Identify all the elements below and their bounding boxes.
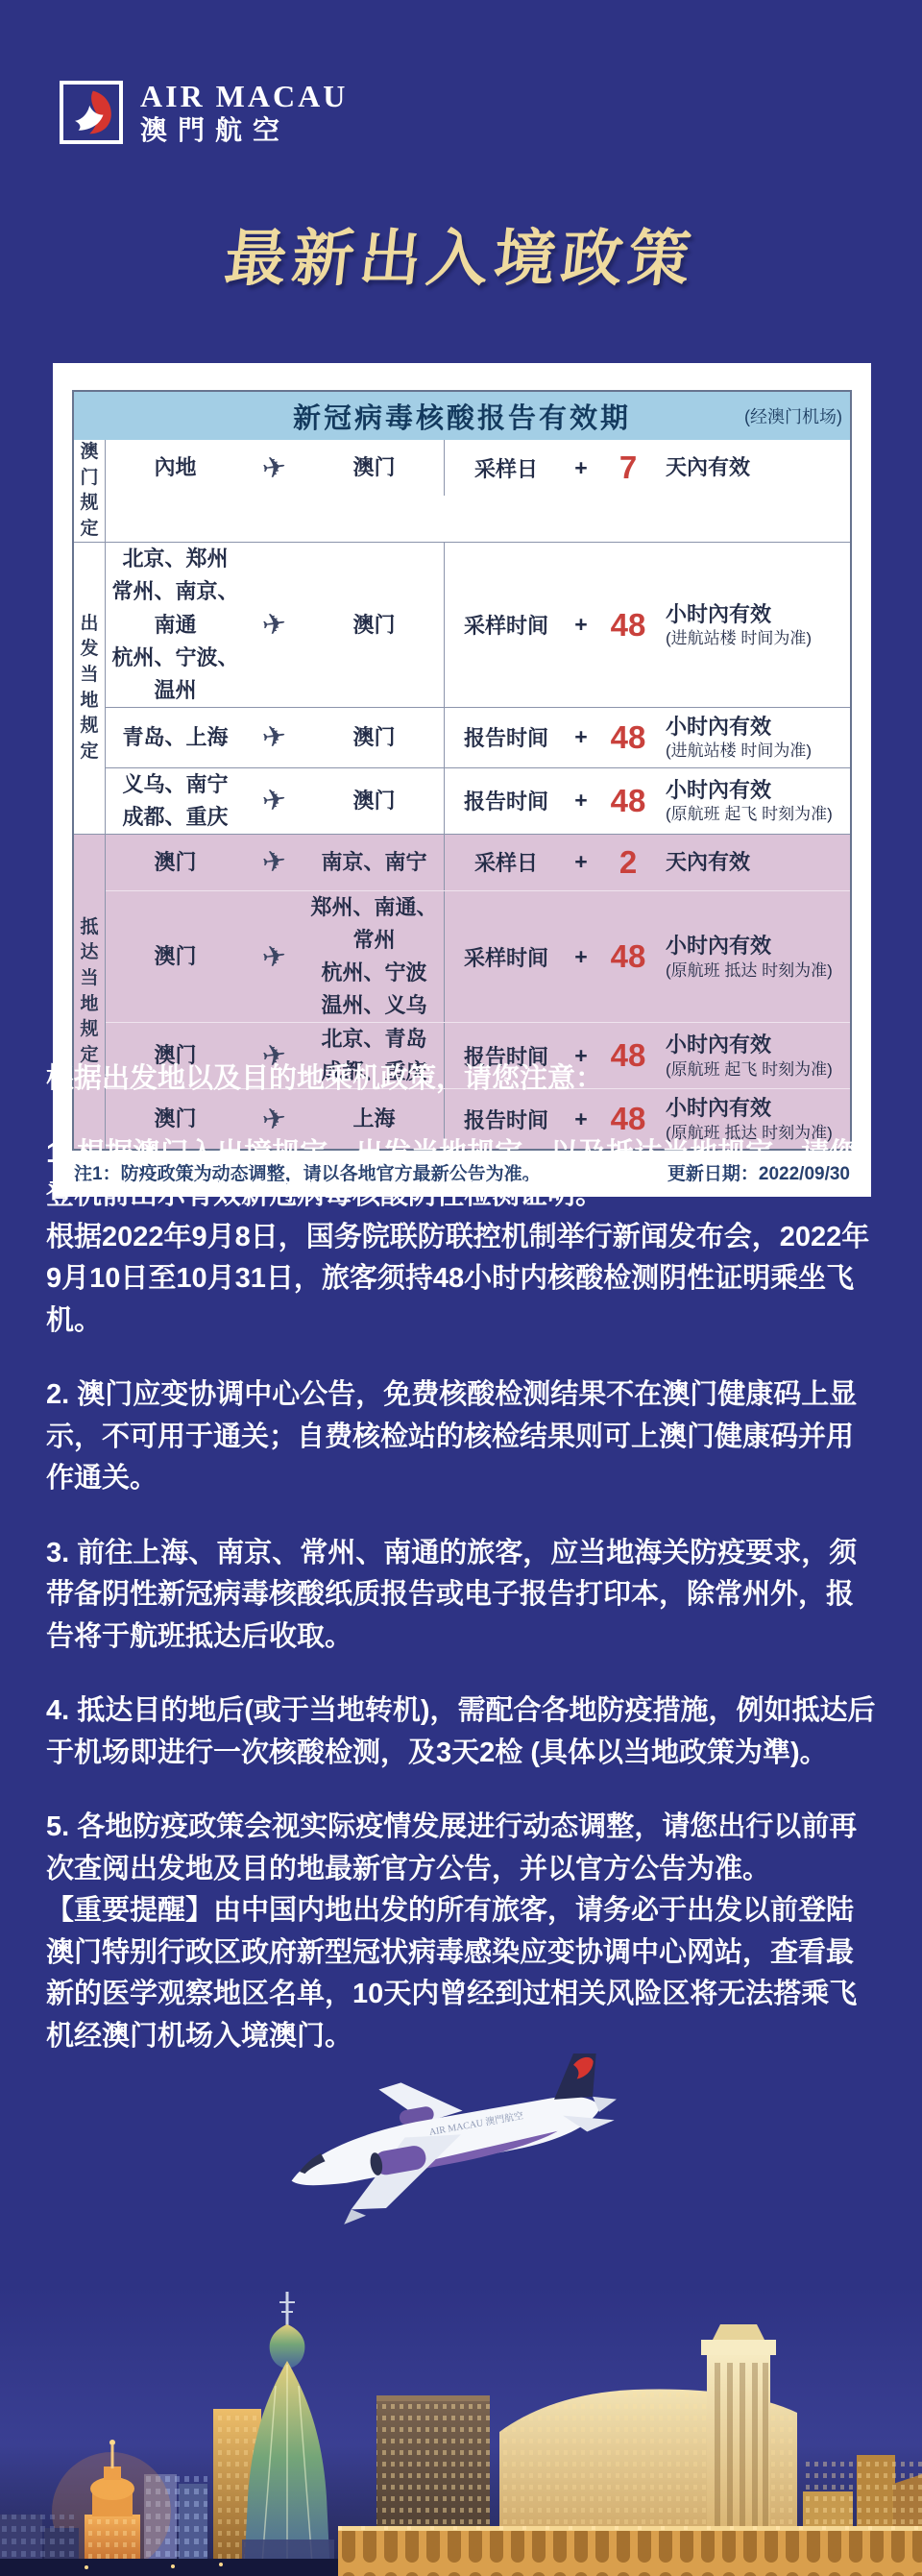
logo-name-zh: 澳門航空 — [140, 117, 348, 145]
notice-important: 【重要提醒】由中国内地出发的所有旅客，请务必于出发以前登陆澳门特别行政区政府新型… — [46, 1890, 876, 2057]
validity-basis: 报告时间 — [449, 722, 564, 752]
origin-city: 澳门 — [106, 940, 245, 973]
validity-cell: 采样时间 + 48 小时內有效 (原航班 抵达 时刻为准) — [444, 891, 850, 1022]
notice-item-5: 5. 各地防疫政策会视实际疫情发展进行动态调整，请您出行以前再次查阅出发地及目的… — [46, 1807, 876, 1890]
destination-city: 澳门 — [304, 451, 444, 484]
validity-note: (进航站楼 时间为准) — [666, 741, 846, 761]
validity-unit: 小时內有效 — [666, 1032, 846, 1058]
validity-value: 48 — [598, 783, 658, 819]
validity-table: 新冠病毒核酸报告有效期 (经澳门机场) 澳门 规定 內地 ✈ 澳门 采样日 — [72, 390, 852, 1151]
destination-city: 澳门 — [304, 721, 444, 754]
validity-unit: 天內有效 — [666, 849, 846, 876]
notice-item-3: 3. 前往上海、南京、常州、南通的旅客，应当地海关防疫要求，须带备阴性新冠病毒核… — [46, 1533, 876, 1659]
route-cell: 北京、郑州 常州、南京、南通 杭州、宁波、温州 ✈ 澳门 — [106, 543, 444, 706]
macau-skyline-image — [0, 2286, 922, 2576]
validity-unit: 天內有效 — [666, 454, 846, 481]
plus-sign: + — [564, 612, 598, 638]
air-macau-dove-icon — [60, 81, 123, 144]
route-cell: 澳门 ✈ 郑州、南通、常州 杭州、宁波 温州、义乌 — [106, 891, 444, 1022]
validity-basis: 采样日 — [449, 453, 564, 483]
table-group-macau-rules: 澳门 规定 內地 ✈ 澳门 采样日 + 7 天內有效 — [74, 440, 850, 542]
airplane-icon: ✈ — [245, 940, 304, 974]
validity-cell: 采样日 + 7 天內有效 — [444, 440, 850, 496]
lit-arcade — [338, 2526, 922, 2576]
validity-value: 7 — [598, 450, 658, 486]
validity-basis: 采样时间 — [449, 610, 564, 640]
group-label: 出发 当地 规定 — [74, 543, 106, 834]
route-cell: 义乌、南宁 成都、重庆 ✈ 澳门 — [106, 768, 444, 834]
page-title: 最新出入境政策 — [0, 209, 922, 298]
origin-city: 青岛、上海 — [106, 721, 245, 754]
table-row: 澳门 ✈ 郑州、南通、常州 杭州、宁波 温州、义乌 采样时间 + 48 小时內有… — [106, 890, 850, 1022]
validity-cell: 采样时间 + 48 小时內有效 (进航站楼 时间为准) — [444, 543, 850, 706]
validity-note: (进航站楼 时间为准) — [666, 629, 846, 648]
notice-intro: 根据出发地以及目的地乘机政策，请您注意： — [46, 1058, 876, 1101]
route-cell: 內地 ✈ 澳门 — [106, 440, 444, 496]
notice-item-2: 2. 澳门应变协调中心公告，免费核酸检测结果不在澳门健康码上显示，不可用于通关；… — [46, 1374, 876, 1500]
origin-city: 澳门 — [106, 846, 245, 879]
notice-section: 根据出发地以及目的地乘机政策，请您注意： 1. 根据澳门入出境规定、出发当地规定… — [46, 1058, 876, 2057]
airplane-icon: ✈ — [245, 608, 304, 642]
validity-basis: 采样日 — [449, 847, 564, 877]
origin-city: 北京、郑州 常州、南京、南通 杭州、宁波、温州 — [106, 543, 245, 706]
table-header: 新冠病毒核酸报告有效期 (经澳门机场) — [74, 392, 850, 440]
plus-sign: + — [564, 788, 598, 814]
air-macau-logo: AIR MACAU 澳門航空 — [60, 81, 348, 145]
validity-cell: 报告时间 + 48 小时內有效 (进航站楼 时间为准) — [444, 708, 850, 767]
plus-sign: + — [564, 849, 598, 875]
table-row: 內地 ✈ 澳门 采样日 + 7 天內有效 — [106, 440, 850, 496]
table-row: 青岛、上海 ✈ 澳门 报告时间 + 48 小时內有效 (进航站楼 时间为准) — [106, 707, 850, 767]
destination-city: 南京、南宁 — [304, 846, 444, 879]
origin-city: 內地 — [106, 451, 245, 484]
destination-city: 澳门 — [304, 785, 444, 817]
airplane-icon: ✈ — [245, 784, 304, 817]
table-group-departure-rules: 出发 当地 规定 北京、郑州 常州、南京、南通 杭州、宁波、温州 ✈ 澳门 采样… — [74, 542, 850, 834]
validity-unit: 小时內有效 — [666, 714, 846, 741]
table-row: 澳门 ✈ 南京、南宁 采样日 + 2 天內有效 — [106, 835, 850, 890]
table-title: 新冠病毒核酸报告有效期 — [293, 397, 631, 436]
validity-value: 48 — [598, 607, 658, 644]
route-cell: 澳门 ✈ 南京、南宁 — [106, 835, 444, 890]
validity-value: 48 — [598, 719, 658, 756]
validity-unit: 小时內有效 — [666, 777, 846, 804]
validity-basis: 报告时间 — [449, 786, 564, 815]
validity-basis: 采样时间 — [449, 942, 564, 972]
table-row: 义乌、南宁 成都、重庆 ✈ 澳门 报告时间 + 48 小时內有效 (原航班 起飞… — [106, 767, 850, 834]
validity-value: 48 — [598, 938, 658, 975]
group-label: 澳门 规定 — [74, 440, 106, 542]
destination-city: 郑州、南通、常州 杭州、宁波 温州、义乌 — [304, 891, 444, 1022]
validity-cell: 采样日 + 2 天內有效 — [444, 835, 850, 890]
airplane-icon: ✈ — [245, 845, 304, 879]
notice-item-4: 4. 抵达目的地后(或于当地转机)，需配合各地防疫措施，例如抵达后于机场即进行一… — [46, 1690, 876, 1774]
origin-city: 义乌、南宁 成都、重庆 — [106, 768, 245, 834]
route-cell: 青岛、上海 ✈ 澳门 — [106, 708, 444, 767]
airplane-image: AIR MACAU 澳門航空 — [261, 2054, 655, 2241]
validity-unit: 小时內有效 — [666, 933, 846, 960]
destination-city: 澳门 — [304, 609, 444, 642]
air-macau-logo-text: AIR MACAU 澳門航空 — [140, 81, 348, 145]
table-scope-note: (经澳门机场) — [744, 403, 842, 428]
dove-icon — [67, 88, 115, 136]
notice-item-1: 1. 根据澳门入出境规定、出发当地规定，以及抵达当地规定，请您登机前出示有效新冠… — [46, 1133, 876, 1343]
validity-value: 2 — [598, 844, 658, 881]
validity-cell: 报告时间 + 48 小时內有效 (原航班 起飞 时刻为准) — [444, 768, 850, 834]
validity-unit: 小时內有效 — [666, 601, 846, 628]
validity-note: (原航班 抵达 时刻为准) — [666, 961, 846, 981]
airplane-icon: ✈ — [245, 451, 304, 485]
plus-sign: + — [564, 724, 598, 750]
logo-name-en: AIR MACAU — [140, 81, 348, 113]
airplane-icon: ✈ — [245, 720, 304, 754]
table-row: 北京、郑州 常州、南京、南通 杭州、宁波、温州 ✈ 澳门 采样时间 + 48 小… — [106, 543, 850, 706]
plus-sign: + — [564, 944, 598, 970]
plus-sign: + — [564, 455, 598, 481]
validity-note: (原航班 起飞 时刻为准) — [666, 805, 846, 824]
